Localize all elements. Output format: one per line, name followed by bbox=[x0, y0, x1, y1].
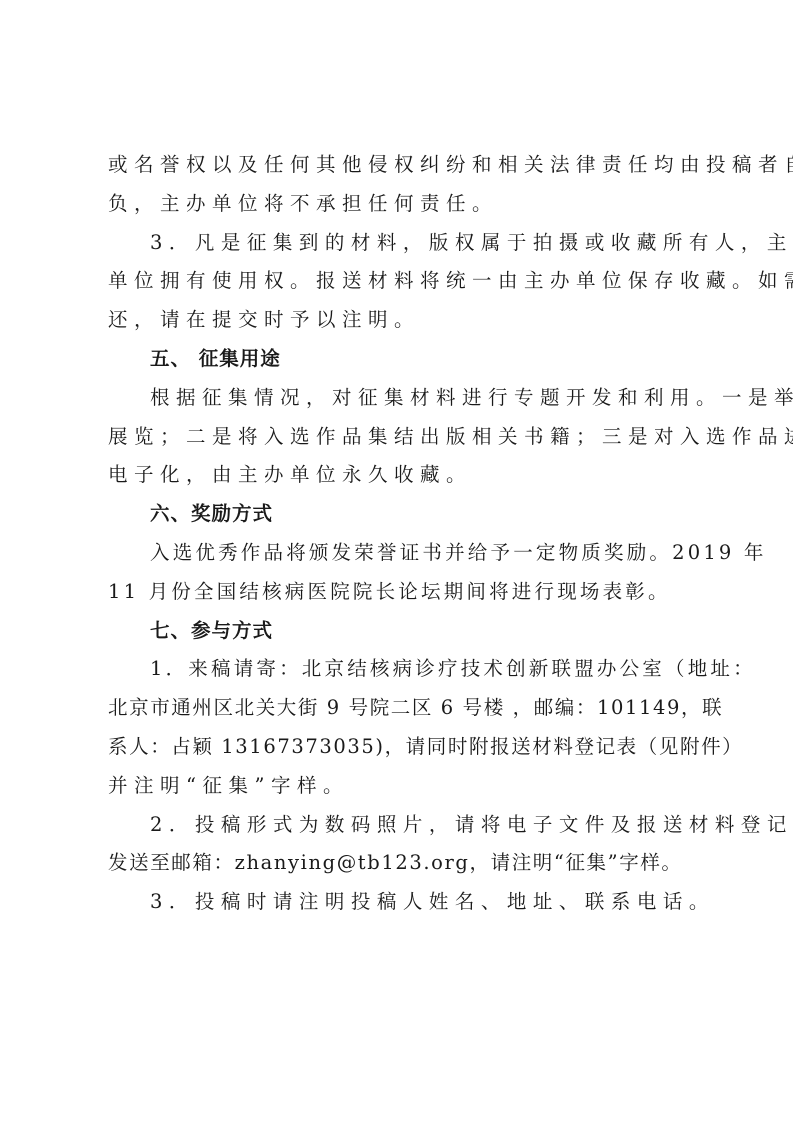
email-line: 发送至邮箱：zhanying@tb123.org，请注明“征集”字样。 bbox=[108, 844, 692, 883]
paragraph-line: 2．投稿形式为数码照片，请将电子文件及报送材料登记表 bbox=[108, 806, 692, 845]
document-page: 或名誉权以及任何其他侵权纠纷和相关法律责任均由投稿者自 负，主办单位将不承担任何… bbox=[108, 146, 692, 922]
section-heading-usage: 五、 征集用途 bbox=[108, 340, 692, 379]
paragraph-line: 11 月份全国结核病医院院长论坛期间将进行现场表彰。 bbox=[108, 573, 692, 612]
section-heading-rewards: 六、奖励方式 bbox=[108, 495, 692, 534]
paragraph-line: 负，主办单位将不承担任何责任。 bbox=[108, 185, 692, 224]
paragraph-line: 根据征集情况，对征集材料进行专题开发和利用。一是举办 bbox=[108, 379, 692, 418]
paragraph-line: 3．投稿时请注明投稿人姓名、地址、联系电话。 bbox=[108, 883, 692, 922]
paragraph-line: 入选优秀作品将颁发荣誉证书并给予一定物质奖励。2019 年 bbox=[108, 534, 692, 573]
section-heading-participation: 七、参与方式 bbox=[108, 612, 692, 651]
paragraph-line: 并注明“征集”字样。 bbox=[108, 767, 692, 806]
paragraph-line: 电子化，由主办单位永久收藏。 bbox=[108, 456, 692, 495]
paragraph-line: 展览；二是将入选作品集结出版相关书籍；三是对入选作品进行 bbox=[108, 418, 692, 457]
paragraph-line: 或名誉权以及任何其他侵权纠纷和相关法律责任均由投稿者自 bbox=[108, 146, 692, 185]
paragraph-line: 还，请在提交时予以注明。 bbox=[108, 301, 692, 340]
paragraph-line: 3．凡是征集到的材料，版权属于拍摄或收藏所有人，主办 bbox=[108, 224, 692, 263]
paragraph-line: 北京市通州区北关大街 9 号院二区 6 号楼 ，邮编：101149，联 bbox=[108, 689, 692, 728]
paragraph-line: 1．来稿请寄：北京结核病诊疗技术创新联盟办公室（地址： bbox=[108, 650, 692, 689]
paragraph-line: 单位拥有使用权。报送材料将统一由主办单位保存收藏。如需返 bbox=[108, 262, 692, 301]
paragraph-line: 系人：占颖 13167373035)，请同时附报送材料登记表（见附件） bbox=[108, 728, 692, 767]
